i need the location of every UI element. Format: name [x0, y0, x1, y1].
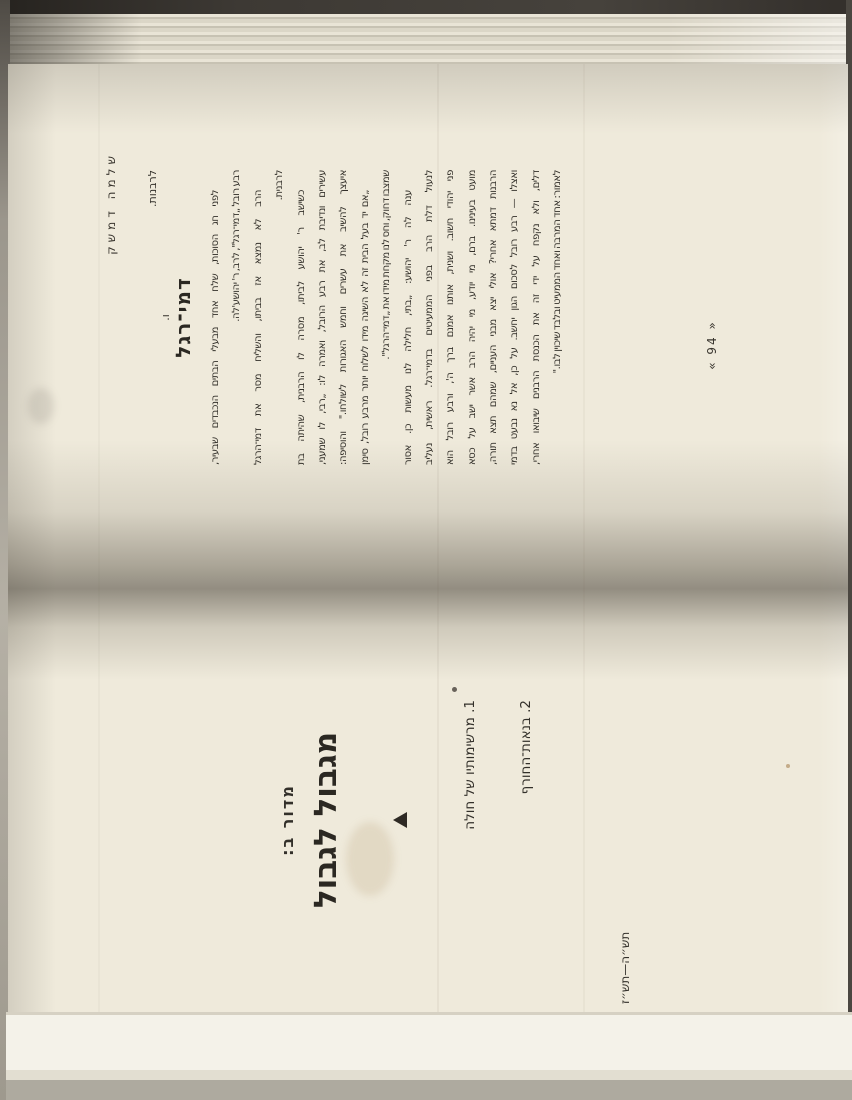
scanned-book-photo: { "photo": { "background_top": "#393530"… [0, 0, 852, 1100]
book-page-94: שלמה דמשק לרבנות. ו. דמי־רגל לפני חג הסו… [60, 65, 845, 520]
body-line: הרב לא נמצא אז בביתו, והשליח מסר את דמי־… [253, 170, 274, 465]
part-title: מגבול לגבול [308, 660, 344, 980]
contents-item: 1. מרשימותיו של חולה [462, 700, 478, 920]
paper-speck [452, 687, 457, 692]
book-bottom-edges [6, 1012, 852, 1100]
part-label: מדור ב: [278, 660, 297, 980]
body-line: עשירים ונדיבת לב, את רבע הרובל, ואמרה לו… [317, 170, 338, 465]
body-line: לאמור: אחד המרבה ואחד הממעיט ובלבד שיכוי… [552, 170, 573, 465]
paper-smudge [28, 388, 54, 424]
body-line: ואצלו — רבע רובל לסכום הגון יחשב. על כן,… [509, 170, 530, 465]
paper-stain [346, 822, 394, 896]
running-header-author: שלמה דמשק [104, 152, 118, 255]
body-line: מועט בעינינו. ברם, מי יודע, מי יהיה הרב … [467, 170, 488, 465]
body-line: ענה לה ר' יהושע: „בתי, חלילה לנו מעשות כ… [403, 170, 424, 465]
body-line: הרבנות דמתא אחרי? אולי יצא מבני העניים, … [488, 170, 509, 465]
body-line: פני יהודי חשוב. ושנית, אותנו אמנם ברך ה'… [445, 170, 466, 465]
book-page-edges [6, 14, 852, 66]
section-divider-page: מדור ב: מגבול לגבול 1. מרשימותיו של חולה… [60, 590, 845, 1010]
contents-item: 2. בנאות־החורף [518, 700, 534, 920]
orphan-line: לרבנות. [146, 170, 159, 207]
body-line: כשישב ר' יהושע לביתו, מסרה לו הרבנית, שה… [296, 170, 317, 465]
body-line: איעצך להשיב את עשרים וחמש האגורות לשולחו… [338, 170, 359, 465]
page-number: « 94 » [705, 225, 719, 465]
body-line: לנעול דלת הרב בפני הממעיטים בדמי־רגל. רא… [424, 170, 445, 465]
chapter-title: דמי־רגל [171, 170, 195, 465]
years-caption: תש״ה—תש״ז [618, 932, 632, 1004]
body-line: דלים, ולא נקפח על ידי זה את הכנסת הרבנים… [531, 170, 552, 465]
body-text-block: לפני חג הסוכות, שלח אחד מבעלי הבתים הנכב… [210, 170, 574, 465]
body-line: רבע רובל „דמי־רגל", לרב, ר' יהושע'לה. [231, 170, 252, 465]
part-contents-list: 1. מרשימותיו של חולה2. בנאות־החורף [462, 700, 574, 920]
body-line: „אם יד בעל הבית זה לא השיגה מידו לשלוח י… [360, 170, 381, 465]
body-line: לפני חג הסוכות, שלח אחד מבעלי הבתים הנכב… [210, 170, 231, 465]
body-line: שמצבו דחוק, וחס לנו מקחת מידו את „דמי־הר… [381, 170, 402, 465]
body-line: לרבנית. [274, 170, 295, 465]
paper-speck [786, 764, 790, 768]
triangle-ornament-icon [393, 812, 407, 828]
